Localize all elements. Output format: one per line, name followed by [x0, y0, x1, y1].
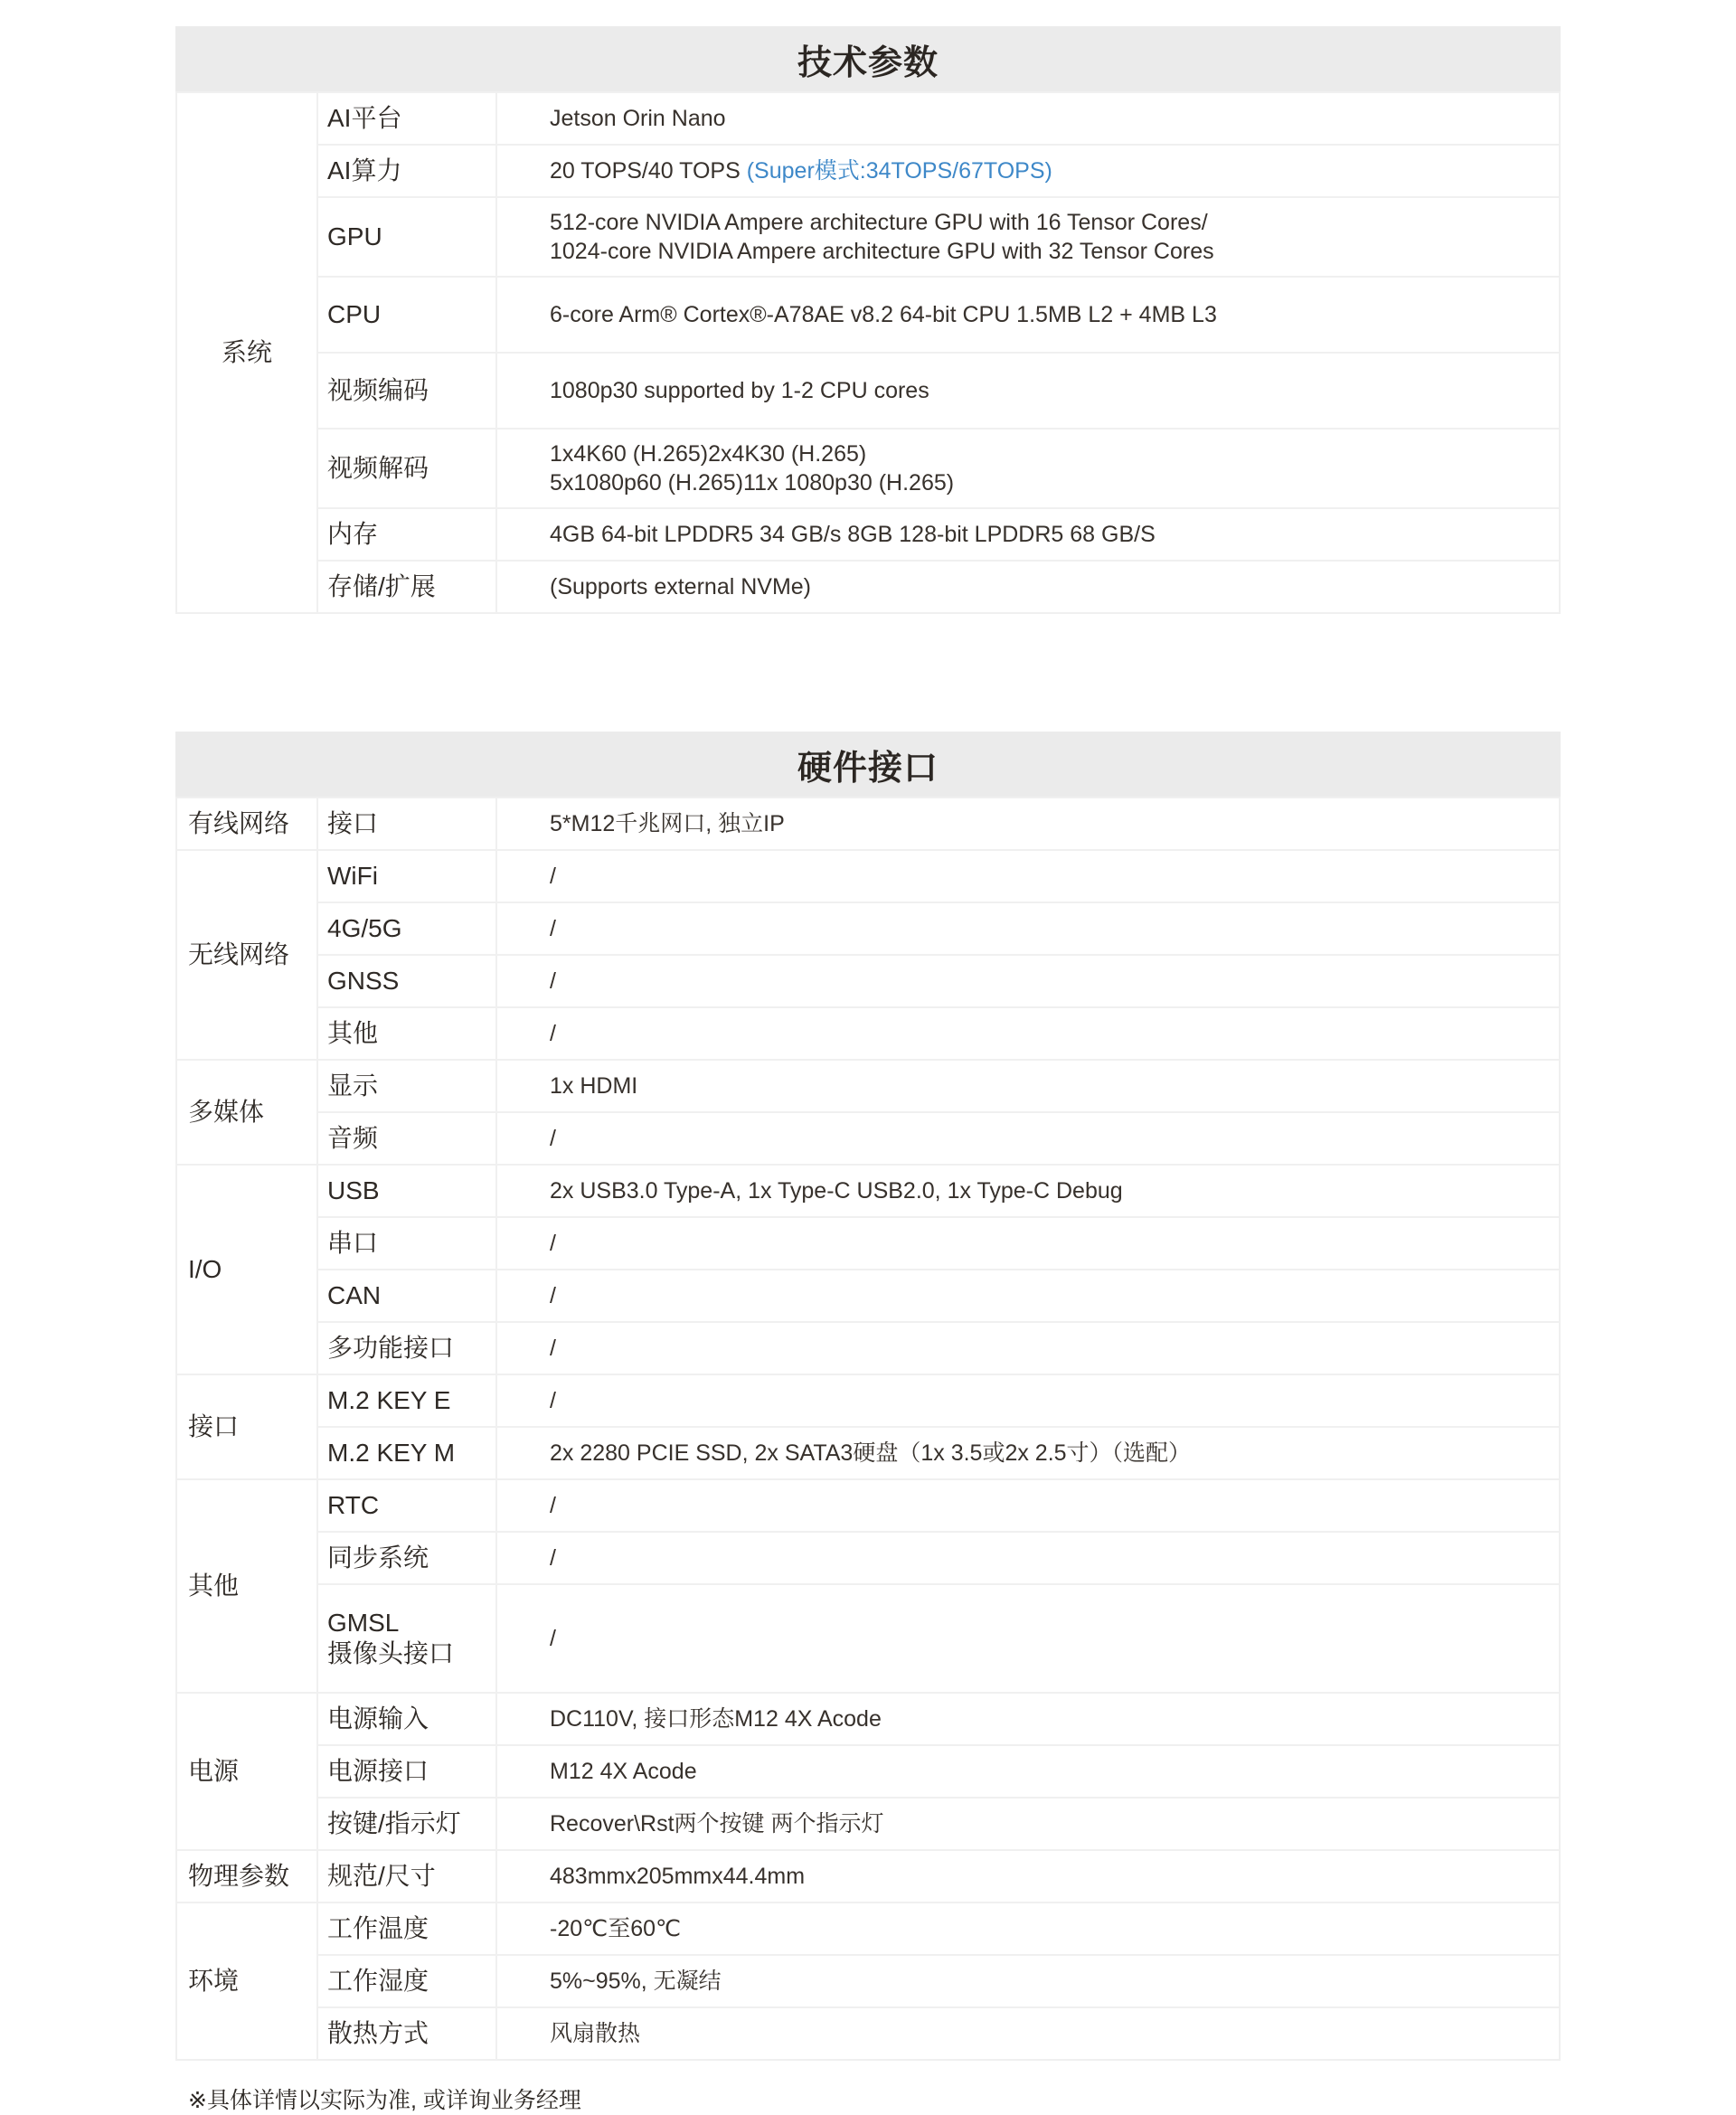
spec-category-cell: 环境: [176, 1903, 317, 2060]
spec-category-cell: 有线网络: [176, 798, 317, 850]
spec-value-text: /: [550, 1021, 556, 1046]
spec-label-cell: 4G/5G: [317, 902, 496, 955]
spec-value-text: /: [550, 1231, 556, 1256]
spec-label-cell: 接口: [317, 798, 496, 850]
spec-label-cell: 工作湿度: [317, 1955, 496, 2007]
spec-label-cell: 规范/尺寸: [317, 1850, 496, 1903]
spec-row: GPU512-core NVIDIA Ampere architecture G…: [176, 197, 1560, 277]
spec-table: 系统AI平台Jetson Orin NanoAI算力20 TOPS/40 TOP…: [175, 91, 1561, 614]
spec-label-cell: AI算力: [317, 145, 496, 197]
spec-row: I/OUSB2x USB3.0 Type-A, 1x Type-C USB2.0…: [176, 1165, 1560, 1217]
spec-label-cell: GPU: [317, 197, 496, 277]
spec-value-cell: /: [496, 1584, 1560, 1693]
spec-value-text: /: [550, 864, 556, 889]
spec-row: M.2 KEY M2x 2280 PCIE SSD, 2x SATA3硬盘（1x…: [176, 1427, 1560, 1479]
spec-value-cell: /: [496, 955, 1560, 1007]
spec-value-text: 5%~95%, 无凝结: [550, 1969, 722, 1994]
spec-value-text: 1x HDMI: [550, 1073, 637, 1099]
spec-value-text: 4GB 64-bit LPDDR5 34 GB/s 8GB 128-bit LP…: [550, 522, 1156, 547]
spec-category-cell: 多媒体: [176, 1060, 317, 1165]
spec-value-text: 512-core NVIDIA Ampere architecture GPU …: [550, 210, 1214, 264]
spec-row: 多媒体显示1x HDMI: [176, 1060, 1560, 1112]
spec-value-cell: /: [496, 1112, 1560, 1165]
spec-label-cell: 音频: [317, 1112, 496, 1165]
spec-value-cell: 5*M12千兆网口, 独立IP: [496, 798, 1560, 850]
spec-label-cell: USB: [317, 1165, 496, 1217]
spec-value-cell: Recover\Rst两个按键 两个指示灯: [496, 1798, 1560, 1850]
spec-value-text: (Supports external NVMe): [550, 574, 811, 600]
spec-value-accent-text: (Super模式:34TOPS/67TOPS): [747, 158, 1052, 184]
spec-row: 无线网络WiFi/: [176, 850, 1560, 902]
spec-value-text: 1x4K60 (H.265)2x4K30 (H.265) 5x1080p60 (…: [550, 441, 954, 496]
spec-value-cell: 483mmx205mmx44.4mm: [496, 1850, 1560, 1903]
spec-value-text: /: [550, 916, 556, 941]
spec-row: CPU6-core Arm® Cortex®-A78AE v8.2 64-bit…: [176, 277, 1560, 353]
spec-value-text: /: [550, 1388, 556, 1413]
spec-value-cell: /: [496, 1322, 1560, 1374]
spec-label-cell: 视频编码: [317, 353, 496, 429]
spec-label-cell: M.2 KEY E: [317, 1374, 496, 1427]
spec-label-cell: 同步系统: [317, 1532, 496, 1584]
spec-label-cell: 串口: [317, 1217, 496, 1270]
spec-value-text: M12 4X Acode: [550, 1759, 697, 1784]
spec-value-cell: 6-core Arm® Cortex®-A78AE v8.2 64-bit CP…: [496, 277, 1560, 353]
spec-row: 按键/指示灯Recover\Rst两个按键 两个指示灯: [176, 1798, 1560, 1850]
spec-value-cell: 2x 2280 PCIE SSD, 2x SATA3硬盘（1x 3.5或2x 2…: [496, 1427, 1560, 1479]
spec-value-text: Recover\Rst两个按键 两个指示灯: [550, 1811, 883, 1836]
spec-value-cell: 1080p30 supported by 1-2 CPU cores: [496, 353, 1560, 429]
spec-value-cell: /: [496, 1532, 1560, 1584]
spec-row: GNSS/: [176, 955, 1560, 1007]
spec-value-cell: 20 TOPS/40 TOPS (Super模式:34TOPS/67TOPS): [496, 145, 1560, 197]
spec-value-cell: 512-core NVIDIA Ampere architecture GPU …: [496, 197, 1560, 277]
spec-value-cell: 5%~95%, 无凝结: [496, 1955, 1560, 2007]
spec-page: 技术参数 系统AI平台Jetson Orin NanoAI算力20 TOPS/4…: [175, 0, 1561, 2115]
spec-value-cell: /: [496, 1007, 1560, 1060]
spec-label-cell: 多功能接口: [317, 1322, 496, 1374]
spec-row: 有线网络接口5*M12千兆网口, 独立IP: [176, 798, 1560, 850]
spec-value-cell: 1x HDMI: [496, 1060, 1560, 1112]
spec-value-text: 2x USB3.0 Type-A, 1x Type-C USB2.0, 1x T…: [550, 1178, 1123, 1204]
spec-value-text: Jetson Orin Nano: [550, 106, 726, 131]
spec-label-cell: 存储/扩展: [317, 561, 496, 613]
spec-row: GMSL 摄像头接口/: [176, 1584, 1560, 1693]
spec-value-cell: -20℃至60℃: [496, 1903, 1560, 1955]
spec-value-text: /: [550, 968, 556, 994]
table-title-hardware-interface: 硬件接口: [175, 732, 1561, 797]
spec-value-text: 20 TOPS/40 TOPS: [550, 158, 747, 184]
spec-row: AI算力20 TOPS/40 TOPS (Super模式:34TOPS/67TO…: [176, 145, 1560, 197]
spec-value-cell: Jetson Orin Nano: [496, 92, 1560, 145]
spec-value-text: 风扇散热: [550, 2021, 640, 2046]
spec-value-text: 6-core Arm® Cortex®-A78AE v8.2 64-bit CP…: [550, 302, 1217, 327]
spec-category-cell: 接口: [176, 1374, 317, 1479]
spec-value-cell: 风扇散热: [496, 2007, 1560, 2060]
spec-value-cell: /: [496, 1479, 1560, 1532]
spec-row: 音频/: [176, 1112, 1560, 1165]
spec-category-cell: 系统: [176, 92, 317, 613]
spec-value-text: /: [550, 1283, 556, 1308]
spec-value-text: 5*M12千兆网口, 独立IP: [550, 811, 785, 836]
spec-value-text: /: [550, 1626, 556, 1651]
spec-label-cell: 视频解码: [317, 429, 496, 508]
spec-category-cell: I/O: [176, 1165, 317, 1374]
spec-row: 视频编码1080p30 supported by 1-2 CPU cores: [176, 353, 1560, 429]
spec-row: 4G/5G/: [176, 902, 1560, 955]
spec-row: 物理参数规范/尺寸483mmx205mmx44.4mm: [176, 1850, 1560, 1903]
spec-value-text: 483mmx205mmx44.4mm: [550, 1864, 805, 1889]
spec-category-cell: 无线网络: [176, 850, 317, 1060]
spec-label-cell: GNSS: [317, 955, 496, 1007]
spec-category-cell: 电源: [176, 1693, 317, 1850]
spec-value-text: -20℃至60℃: [550, 1916, 681, 1941]
spec-value-text: /: [550, 1545, 556, 1571]
spec-value-cell: /: [496, 850, 1560, 902]
spec-label-cell: 显示: [317, 1060, 496, 1112]
spec-label-cell: CPU: [317, 277, 496, 353]
spec-row: 其他RTC/: [176, 1479, 1560, 1532]
spec-value-cell: 2x USB3.0 Type-A, 1x Type-C USB2.0, 1x T…: [496, 1165, 1560, 1217]
spec-row: 串口/: [176, 1217, 1560, 1270]
footnote: ※具体详情以实际为准, 或详询业务经理: [175, 2086, 1561, 2115]
spec-table-body: 系统AI平台Jetson Orin NanoAI算力20 TOPS/40 TOP…: [176, 92, 1560, 613]
spec-row: 工作湿度5%~95%, 无凝结: [176, 1955, 1560, 2007]
spec-value-text: DC110V, 接口形态M12 4X Acode: [550, 1706, 882, 1732]
spec-value-cell: /: [496, 902, 1560, 955]
spec-value-cell: 4GB 64-bit LPDDR5 34 GB/s 8GB 128-bit LP…: [496, 508, 1560, 561]
spec-label-cell: 工作温度: [317, 1903, 496, 1955]
spec-label-cell: M.2 KEY M: [317, 1427, 496, 1479]
spec-value-cell: /: [496, 1374, 1560, 1427]
spec-label-cell: RTC: [317, 1479, 496, 1532]
spec-label-cell: 散热方式: [317, 2007, 496, 2060]
spec-table-body: 有线网络接口5*M12千兆网口, 独立IP无线网络WiFi/4G/5G/GNSS…: [176, 798, 1560, 2060]
spec-row: 视频解码1x4K60 (H.265)2x4K30 (H.265) 5x1080p…: [176, 429, 1560, 508]
spec-label-cell: 其他: [317, 1007, 496, 1060]
spec-value-text: /: [550, 1493, 556, 1518]
spec-label-cell: 按键/指示灯: [317, 1798, 496, 1850]
spec-label-cell: AI平台: [317, 92, 496, 145]
spec-category-cell: 其他: [176, 1479, 317, 1693]
spec-row: 内存4GB 64-bit LPDDR5 34 GB/s 8GB 128-bit …: [176, 508, 1560, 561]
spec-row: 散热方式风扇散热: [176, 2007, 1560, 2060]
spec-label-cell: 电源输入: [317, 1693, 496, 1745]
spec-value-text: 1080p30 supported by 1-2 CPU cores: [550, 378, 929, 403]
spec-value-text: /: [550, 1126, 556, 1151]
spec-label-cell: 电源接口: [317, 1745, 496, 1798]
spec-value-text: 2x 2280 PCIE SSD, 2x SATA3硬盘（1x 3.5或2x 2…: [550, 1440, 1191, 1466]
technical-parameters-table: 技术参数 系统AI平台Jetson Orin NanoAI算力20 TOPS/4…: [175, 0, 1561, 614]
spec-label-cell: 内存: [317, 508, 496, 561]
spec-row: 环境工作温度-20℃至60℃: [176, 1903, 1560, 1955]
spec-row: 电源电源输入DC110V, 接口形态M12 4X Acode: [176, 1693, 1560, 1745]
spec-row: 其他/: [176, 1007, 1560, 1060]
spec-label-cell: CAN: [317, 1270, 496, 1322]
spec-label-cell: WiFi: [317, 850, 496, 902]
spec-row: 接口M.2 KEY E/: [176, 1374, 1560, 1427]
spec-value-text: /: [550, 1336, 556, 1361]
spec-category-cell: 物理参数: [176, 1850, 317, 1903]
spec-value-cell: M12 4X Acode: [496, 1745, 1560, 1798]
spec-label-cell: GMSL 摄像头接口: [317, 1584, 496, 1693]
table-title-technical-parameters: 技术参数: [175, 26, 1561, 91]
spec-row: CAN/: [176, 1270, 1560, 1322]
spec-row: 多功能接口/: [176, 1322, 1560, 1374]
spec-row: 电源接口M12 4X Acode: [176, 1745, 1560, 1798]
spec-value-cell: 1x4K60 (H.265)2x4K30 (H.265) 5x1080p60 (…: [496, 429, 1560, 508]
hardware-interface-table: 硬件接口 有线网络接口5*M12千兆网口, 独立IP无线网络WiFi/4G/5G…: [175, 614, 1561, 2061]
spec-row: 系统AI平台Jetson Orin Nano: [176, 92, 1560, 145]
spec-value-cell: DC110V, 接口形态M12 4X Acode: [496, 1693, 1560, 1745]
spec-row: 存储/扩展(Supports external NVMe): [176, 561, 1560, 613]
spec-row: 同步系统/: [176, 1532, 1560, 1584]
spec-value-cell: /: [496, 1217, 1560, 1270]
spec-value-cell: (Supports external NVMe): [496, 561, 1560, 613]
spec-value-cell: /: [496, 1270, 1560, 1322]
spec-table: 有线网络接口5*M12千兆网口, 独立IP无线网络WiFi/4G/5G/GNSS…: [175, 797, 1561, 2061]
